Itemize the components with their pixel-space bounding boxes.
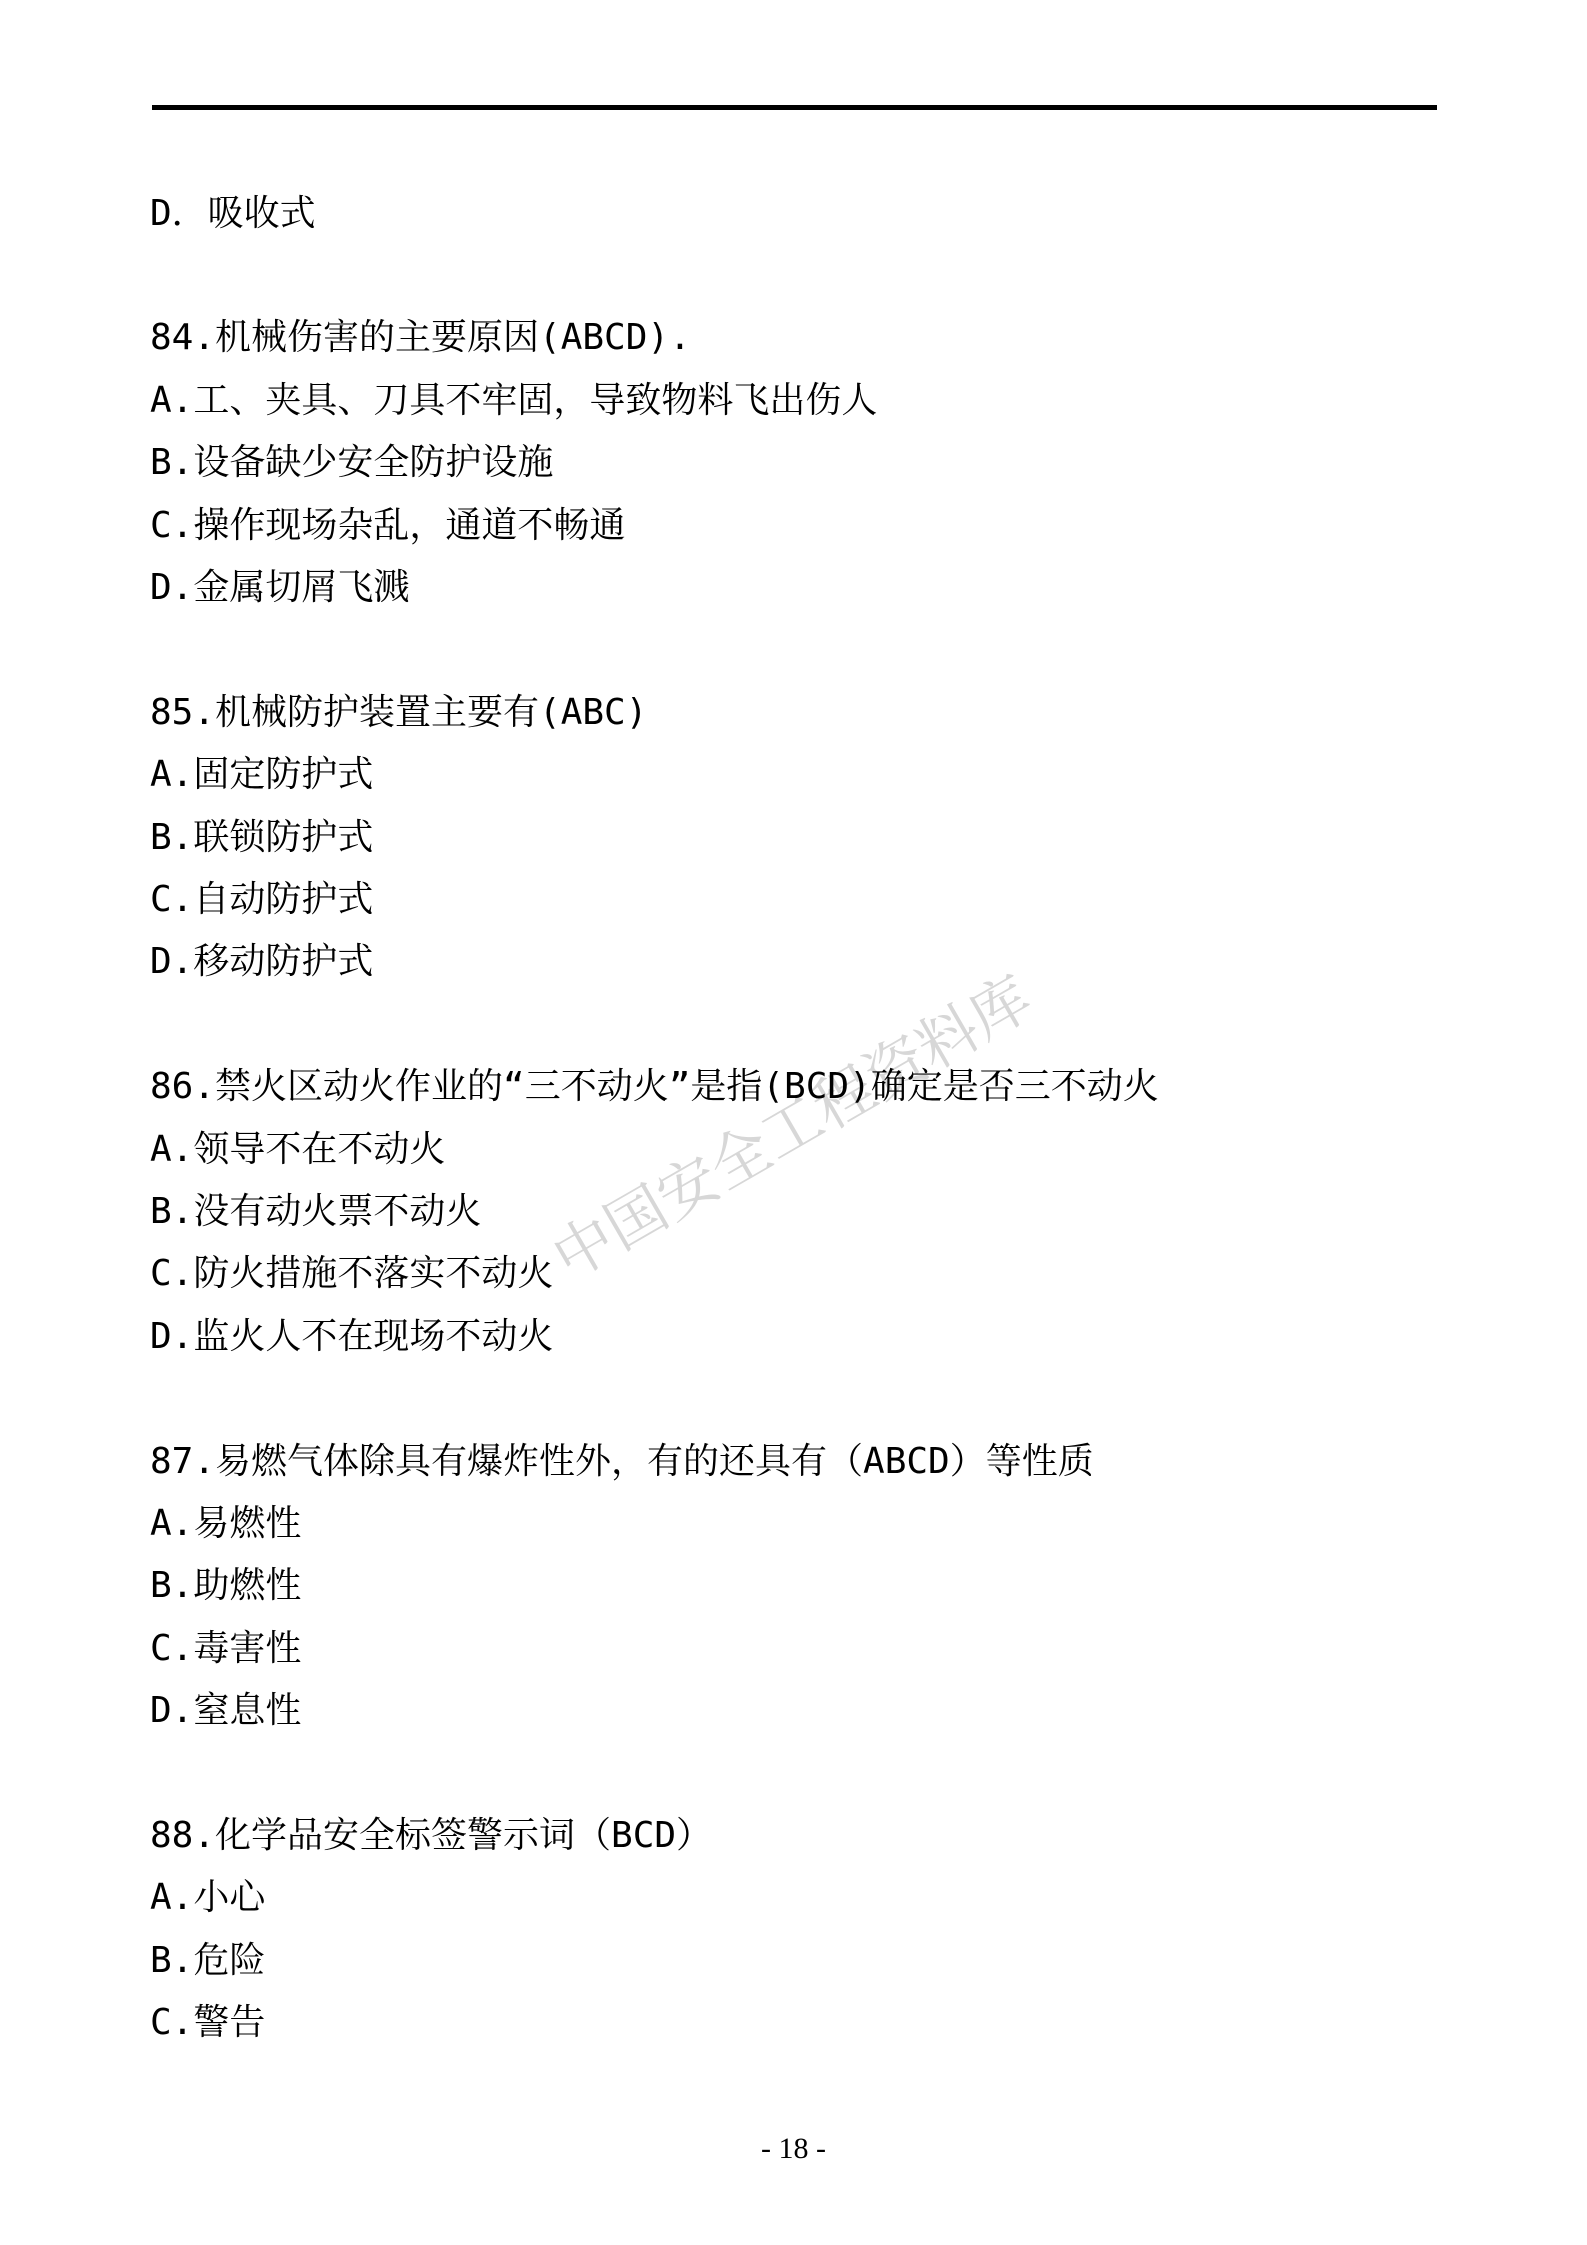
option-line-text: C.毒害性 (150, 1620, 301, 1671)
option-line-text: C.操作现场杂乱，通道不畅通 (150, 497, 625, 548)
option-line-text: A.小心 (150, 1869, 265, 1920)
option-line: C.操作现场杂乱，通道不畅通 (150, 491, 1527, 553)
option-line: C.自动防护式 (150, 865, 1527, 927)
option-line-text: B.联锁防护式 (150, 809, 373, 860)
option-line-text: A.易燃性 (150, 1495, 301, 1546)
orphan-option-line: D．吸收式 (150, 179, 1527, 241)
option-line-text: C.警告 (150, 1994, 265, 2045)
page-number: - 18 - (0, 2132, 1587, 2166)
option-line-text: D.移动防护式 (150, 933, 373, 984)
blank-line (150, 241, 1527, 303)
option-line-text: A.工、夹具、刀具不牢固，导致物料飞出伤人 (150, 372, 877, 423)
question-stem-86: 86.禁火区动火作业的“三不动火”是指(BCD)确定是否三不动火 (150, 1052, 1527, 1114)
option-line: A.易燃性 (150, 1489, 1527, 1551)
blank-line (150, 990, 1527, 1052)
option-line: B.没有动火票不动火 (150, 1177, 1527, 1239)
option-line: A.工、夹具、刀具不牢固，导致物料飞出伤人 (150, 366, 1527, 428)
question-stem-86-text: 86.禁火区动火作业的“三不动火”是指(BCD)确定是否三不动火 (150, 1058, 1159, 1109)
option-line-text: C.自动防护式 (150, 871, 373, 922)
orphan-option-line-text: D．吸收式 (150, 185, 316, 236)
option-line: B.联锁防护式 (150, 803, 1527, 865)
option-line: B.危险 (150, 1926, 1527, 1988)
option-line-text: A.固定防护式 (150, 746, 373, 797)
blank-line (150, 1364, 1527, 1426)
option-line: C.防火措施不落实不动火 (150, 1240, 1527, 1302)
question-stem-85-text: 85.机械防护装置主要有(ABC) (150, 684, 647, 735)
option-line-text: A.领导不在不动火 (150, 1121, 445, 1172)
document-page: 中国安全工程资料库 D．吸收式84.机械伤害的主要原因(ABCD).A.工、夹具… (0, 0, 1587, 2245)
option-line: D.窒息性 (150, 1676, 1527, 1738)
option-line: B.设备缺少安全防护设施 (150, 429, 1527, 491)
option-line-text: B.助燃性 (150, 1557, 301, 1608)
option-line: A.固定防护式 (150, 741, 1527, 803)
blank-line (150, 1739, 1527, 1801)
option-line-text: D.金属切屑飞溅 (150, 559, 409, 610)
question-stem-85: 85.机械防护装置主要有(ABC) (150, 678, 1527, 740)
option-line-text: D.监火人不在现场不动火 (150, 1308, 553, 1359)
question-stem-84: 84.机械伤害的主要原因(ABCD). (150, 304, 1527, 366)
option-line: D.监火人不在现场不动火 (150, 1302, 1527, 1364)
option-line: C.毒害性 (150, 1614, 1527, 1676)
option-line-text: D.窒息性 (150, 1682, 301, 1733)
option-line-text: C.防火措施不落实不动火 (150, 1245, 553, 1296)
option-line: A.领导不在不动火 (150, 1115, 1527, 1177)
option-line-text: B.设备缺少安全防护设施 (150, 434, 553, 485)
question-stem-88: 88.化学品安全标签警示词（BCD） (150, 1801, 1527, 1863)
option-line: D.移动防护式 (150, 928, 1527, 990)
option-line: D.金属切屑飞溅 (150, 553, 1527, 615)
header-rule (152, 105, 1437, 110)
question-stem-88-text: 88.化学品安全标签警示词（BCD） (150, 1807, 712, 1858)
option-line-text: B.危险 (150, 1932, 265, 1983)
option-line: C.警告 (150, 1988, 1527, 2050)
question-stem-84-text: 84.机械伤害的主要原因(ABCD). (150, 309, 691, 360)
question-list: D．吸收式84.机械伤害的主要原因(ABCD).A.工、夹具、刀具不牢固，导致物… (150, 179, 1527, 2051)
option-line-text: B.没有动火票不动火 (150, 1183, 481, 1234)
option-line: B.助燃性 (150, 1552, 1527, 1614)
question-stem-87: 87.易燃气体除具有爆炸性外，有的还具有（ABCD）等性质 (150, 1427, 1527, 1489)
blank-line (150, 616, 1527, 678)
question-stem-87-text: 87.易燃气体除具有爆炸性外，有的还具有（ABCD）等性质 (150, 1433, 1094, 1484)
option-line: A.小心 (150, 1864, 1527, 1926)
